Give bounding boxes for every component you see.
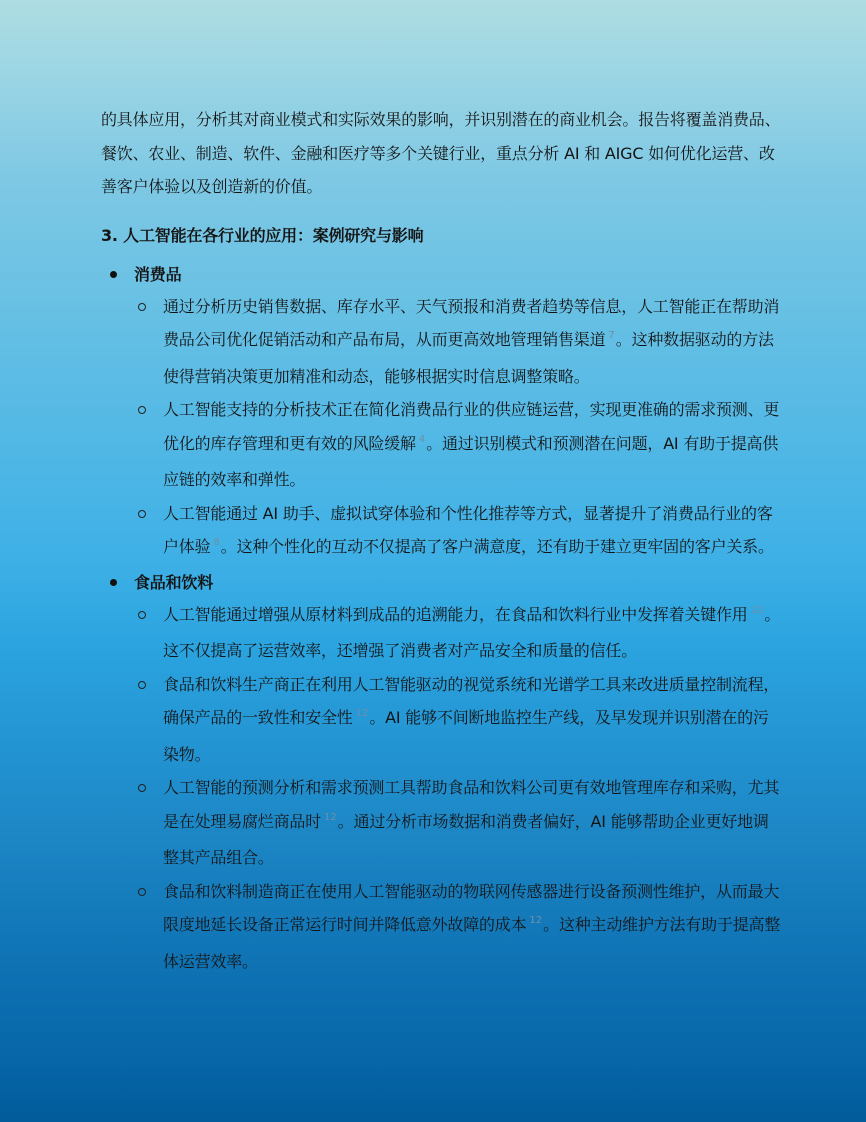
reference-link[interactable]: 12: [751, 605, 764, 616]
reference-link[interactable]: 12: [324, 812, 337, 823]
document-page: 的具体应用，分析其对商业模式和实际效果的影响，并识别潜在的商业机会。报告将覆盖消…: [101, 103, 781, 978]
hollow-bullet-icon: [138, 681, 146, 689]
case-item: 人工智能的预测分析和需求预测工具帮助食品和饮料公司更有效地管理库存和采购，尤其是…: [134, 771, 781, 875]
industry-item-consumer-goods: 消费品 通过分析历史销售数据、库存水平、天气预报和消费者趋势等信息，人工智能正在…: [101, 259, 781, 567]
case-item: 人工智能支持的分析技术正在简化消费品行业的供应链运营，实现更准确的需求预测、更优…: [134, 393, 781, 497]
case-item: 人工智能通过 AI 助手、虚拟试穿体验和个性化推荐等方式，显著提升了消费品行业的…: [134, 497, 781, 567]
case-item: 食品和饮料制造商正在使用人工智能驱动的物联网传感器进行设备预测性维护，从而最大限…: [134, 875, 781, 979]
case-list: 人工智能通过增强从原材料到成品的追溯能力，在食品和饮料行业中发挥着关键作用12。…: [134, 598, 781, 979]
case-item: 人工智能通过增强从原材料到成品的追溯能力，在食品和饮料行业中发挥着关键作用12。…: [134, 598, 781, 668]
industry-label: 消费品: [134, 259, 781, 290]
industry-item-food-and-beverage: 食品和饮料 人工智能通过增强从原材料到成品的追溯能力，在食品和饮料行业中发挥着关…: [101, 567, 781, 979]
case-text-continued: 。这种个性化的互动不仅提高了客户满意度，还有助于建立更牢固的客户关系。: [221, 537, 774, 556]
case-item: 通过分析历史销售数据、库存水平、天气预报和消费者趋势等信息，人工智能正在帮助消费…: [134, 290, 781, 394]
filled-bullet-icon: [110, 271, 117, 278]
hollow-bullet-icon: [138, 784, 146, 792]
industry-list: 消费品 通过分析历史销售数据、库存水平、天气预报和消费者趋势等信息，人工智能正在…: [101, 259, 781, 979]
reference-link[interactable]: 12: [529, 915, 542, 926]
filled-bullet-icon: [110, 579, 117, 586]
case-text: 人工智能通过增强从原材料到成品的追溯能力，在食品和饮料行业中发挥着关键作用: [163, 605, 748, 624]
reference-link[interactable]: 8: [213, 537, 219, 548]
hollow-bullet-icon: [138, 303, 146, 311]
case-list: 通过分析历史销售数据、库存水平、天气预报和消费者趋势等信息，人工智能正在帮助消费…: [134, 290, 781, 567]
intro-paragraph: 的具体应用，分析其对商业模式和实际效果的影响，并识别潜在的商业机会。报告将覆盖消…: [101, 103, 781, 204]
industry-label: 食品和饮料: [134, 567, 781, 598]
hollow-bullet-icon: [138, 406, 146, 414]
case-item: 食品和饮料生产商正在利用人工智能驱动的视觉系统和光谱学工具来改进质量控制流程，确…: [134, 668, 781, 772]
hollow-bullet-icon: [138, 611, 146, 619]
hollow-bullet-icon: [138, 888, 146, 896]
section-heading: 3. 人工智能在各行业的应用：案例研究与影响: [101, 221, 781, 251]
reference-link[interactable]: 12: [356, 708, 369, 719]
reference-link[interactable]: 4: [419, 434, 425, 445]
hollow-bullet-icon: [138, 510, 146, 518]
reference-link[interactable]: 7: [608, 330, 614, 341]
